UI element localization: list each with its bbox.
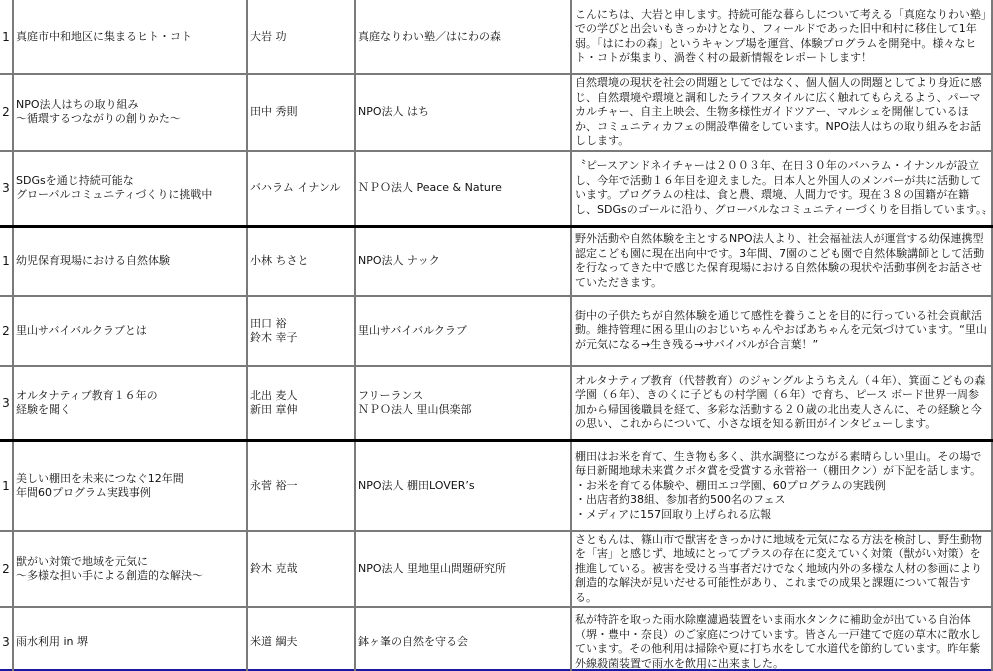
session-description: 街中の子供たちが自然体験を通じて感性を養うことを目的に行っている社会貢献活動。維… xyxy=(571,296,992,366)
page-frame: 1 真庭市中和地区に集まるヒト・コト 大岩 功 真庭なりわい塾／はにわの森 こん… xyxy=(0,0,993,671)
session-title: SDGsを通じ持続可能な グローバルコミュニティづくりに挑戦中 xyxy=(13,151,247,227)
session-organization: フリーランス ＮＰＯ法人 里山倶楽部 xyxy=(355,366,571,441)
session-title: 獣がい対策で地域を元気に ～多様な担い手による創造的な解決～ xyxy=(13,531,247,608)
session-organization: NPO法人 はち xyxy=(355,74,571,151)
session-title: NPO法人はちの取り組み ～循環するつながりの創りかた～ xyxy=(13,74,247,151)
session-number: 2 xyxy=(0,74,13,151)
session-number: 1 xyxy=(0,441,13,531)
table-row: 1 真庭市中和地区に集まるヒト・コト 大岩 功 真庭なりわい塾／はにわの森 こん… xyxy=(0,0,992,74)
session-speaker: 鈴木 克哉 xyxy=(247,531,355,608)
session-speaker: 小林 ちさと xyxy=(247,227,355,296)
session-description: さともんは、篠山市で獣害をきっかけに地域を元気になる方法を検討し、野生動物を「害… xyxy=(571,531,992,608)
session-description: 棚田はお米を育て、生き物も多く、洪水調整につながる素晴らしい里山。その場で毎日新… xyxy=(571,441,992,531)
session-title: 幼児保育現場における自然体験 xyxy=(13,227,247,296)
table-row: 3 SDGsを通じ持続可能な グローバルコミュニティづくりに挑戦中 バハラム イ… xyxy=(0,151,992,227)
session-number: 2 xyxy=(0,296,13,366)
table-row: 3 雨水利用 in 堺 米道 綱夫 鉢ヶ峯の自然を守る会 私が特許を取った雨水除… xyxy=(0,607,992,671)
table-row: 2 獣がい対策で地域を元気に ～多様な担い手による創造的な解決～ 鈴木 克哉 N… xyxy=(0,531,992,608)
session-number: 2 xyxy=(0,531,13,608)
table-row: 2 里山サバイバルクラブとは 田口 裕 鈴木 幸子 里山サバイバルクラブ 街中の… xyxy=(0,296,992,366)
session-organization: 里山サバイバルクラブ xyxy=(355,296,571,366)
session-number: 3 xyxy=(0,366,13,441)
session-number: 3 xyxy=(0,151,13,227)
table-row: 3 オルタナティブ教育１６年の 経験を聞く 北出 麦人 新田 章伸 フリーランス… xyxy=(0,366,992,441)
table-row: 1 幼児保育現場における自然体験 小林 ちさと NPO法人 ナック 野外活動や自… xyxy=(0,227,992,296)
session-title: 美しい棚田を未来につなぐ12年間 年間60プログラム実践事例 xyxy=(13,441,247,531)
session-organization: 鉢ヶ峯の自然を守る会 xyxy=(355,607,571,671)
session-title: オルタナティブ教育１６年の 経験を聞く xyxy=(13,366,247,441)
program-table: 1 真庭市中和地区に集まるヒト・コト 大岩 功 真庭なりわい塾／はにわの森 こん… xyxy=(0,0,993,671)
session-speaker: 田口 裕 鈴木 幸子 xyxy=(247,296,355,366)
session-organization: NPO法人 棚田LOVER’s xyxy=(355,441,571,531)
session-number: 1 xyxy=(0,227,13,296)
session-speaker: 米道 綱夫 xyxy=(247,607,355,671)
session-organization: ＮＰＯ法人 Peace & Nature xyxy=(355,151,571,227)
session-speaker: 田中 秀則 xyxy=(247,74,355,151)
session-description: こんにちは、大岩と申します。持続可能な暮らしについて考える「真庭なりわい塾」での… xyxy=(571,0,992,74)
session-speaker: 北出 麦人 新田 章伸 xyxy=(247,366,355,441)
table-row: 2 NPO法人はちの取り組み ～循環するつながりの創りかた～ 田中 秀則 NPO… xyxy=(0,74,992,151)
table-row: 1 美しい棚田を未来につなぐ12年間 年間60プログラム実践事例 永菅 裕一 N… xyxy=(0,441,992,531)
session-number: 3 xyxy=(0,607,13,671)
session-title: 真庭市中和地区に集まるヒト・コト xyxy=(13,0,247,74)
session-organization: 真庭なりわい塾／はにわの森 xyxy=(355,0,571,74)
session-description: オルタナティブ教育（代替教育）のジャングルようちえん（４年）、箕面こどもの森学園… xyxy=(571,366,992,441)
session-title: 雨水利用 in 堺 xyxy=(13,607,247,671)
session-title: 里山サバイバルクラブとは xyxy=(13,296,247,366)
session-number: 1 xyxy=(0,0,13,74)
session-description: 私が特許を取った雨水除塵濾過装置をいま雨水タンクに補助金が出ている自治体（堺・豊… xyxy=(571,607,992,671)
session-speaker: 大岩 功 xyxy=(247,0,355,74)
session-speaker: バハラム イナンル xyxy=(247,151,355,227)
session-description: 野外活動や自然体験を主とするNPO法人より、社会福祉法人が運営する幼保連携型認定… xyxy=(571,227,992,296)
session-organization: NPO法人 里地里山問題研究所 xyxy=(355,531,571,608)
session-organization: NPO法人 ナック xyxy=(355,227,571,296)
session-description: 〝ピースアンドネイチャーは２００３年、在日３０年のバハラム・イナンルが設立し、今… xyxy=(571,151,992,227)
session-speaker: 永菅 裕一 xyxy=(247,441,355,531)
session-description: 自然環境の現状を社会の問題としてではなく、個人個人の問題としてより身近に感じ、自… xyxy=(571,74,992,151)
